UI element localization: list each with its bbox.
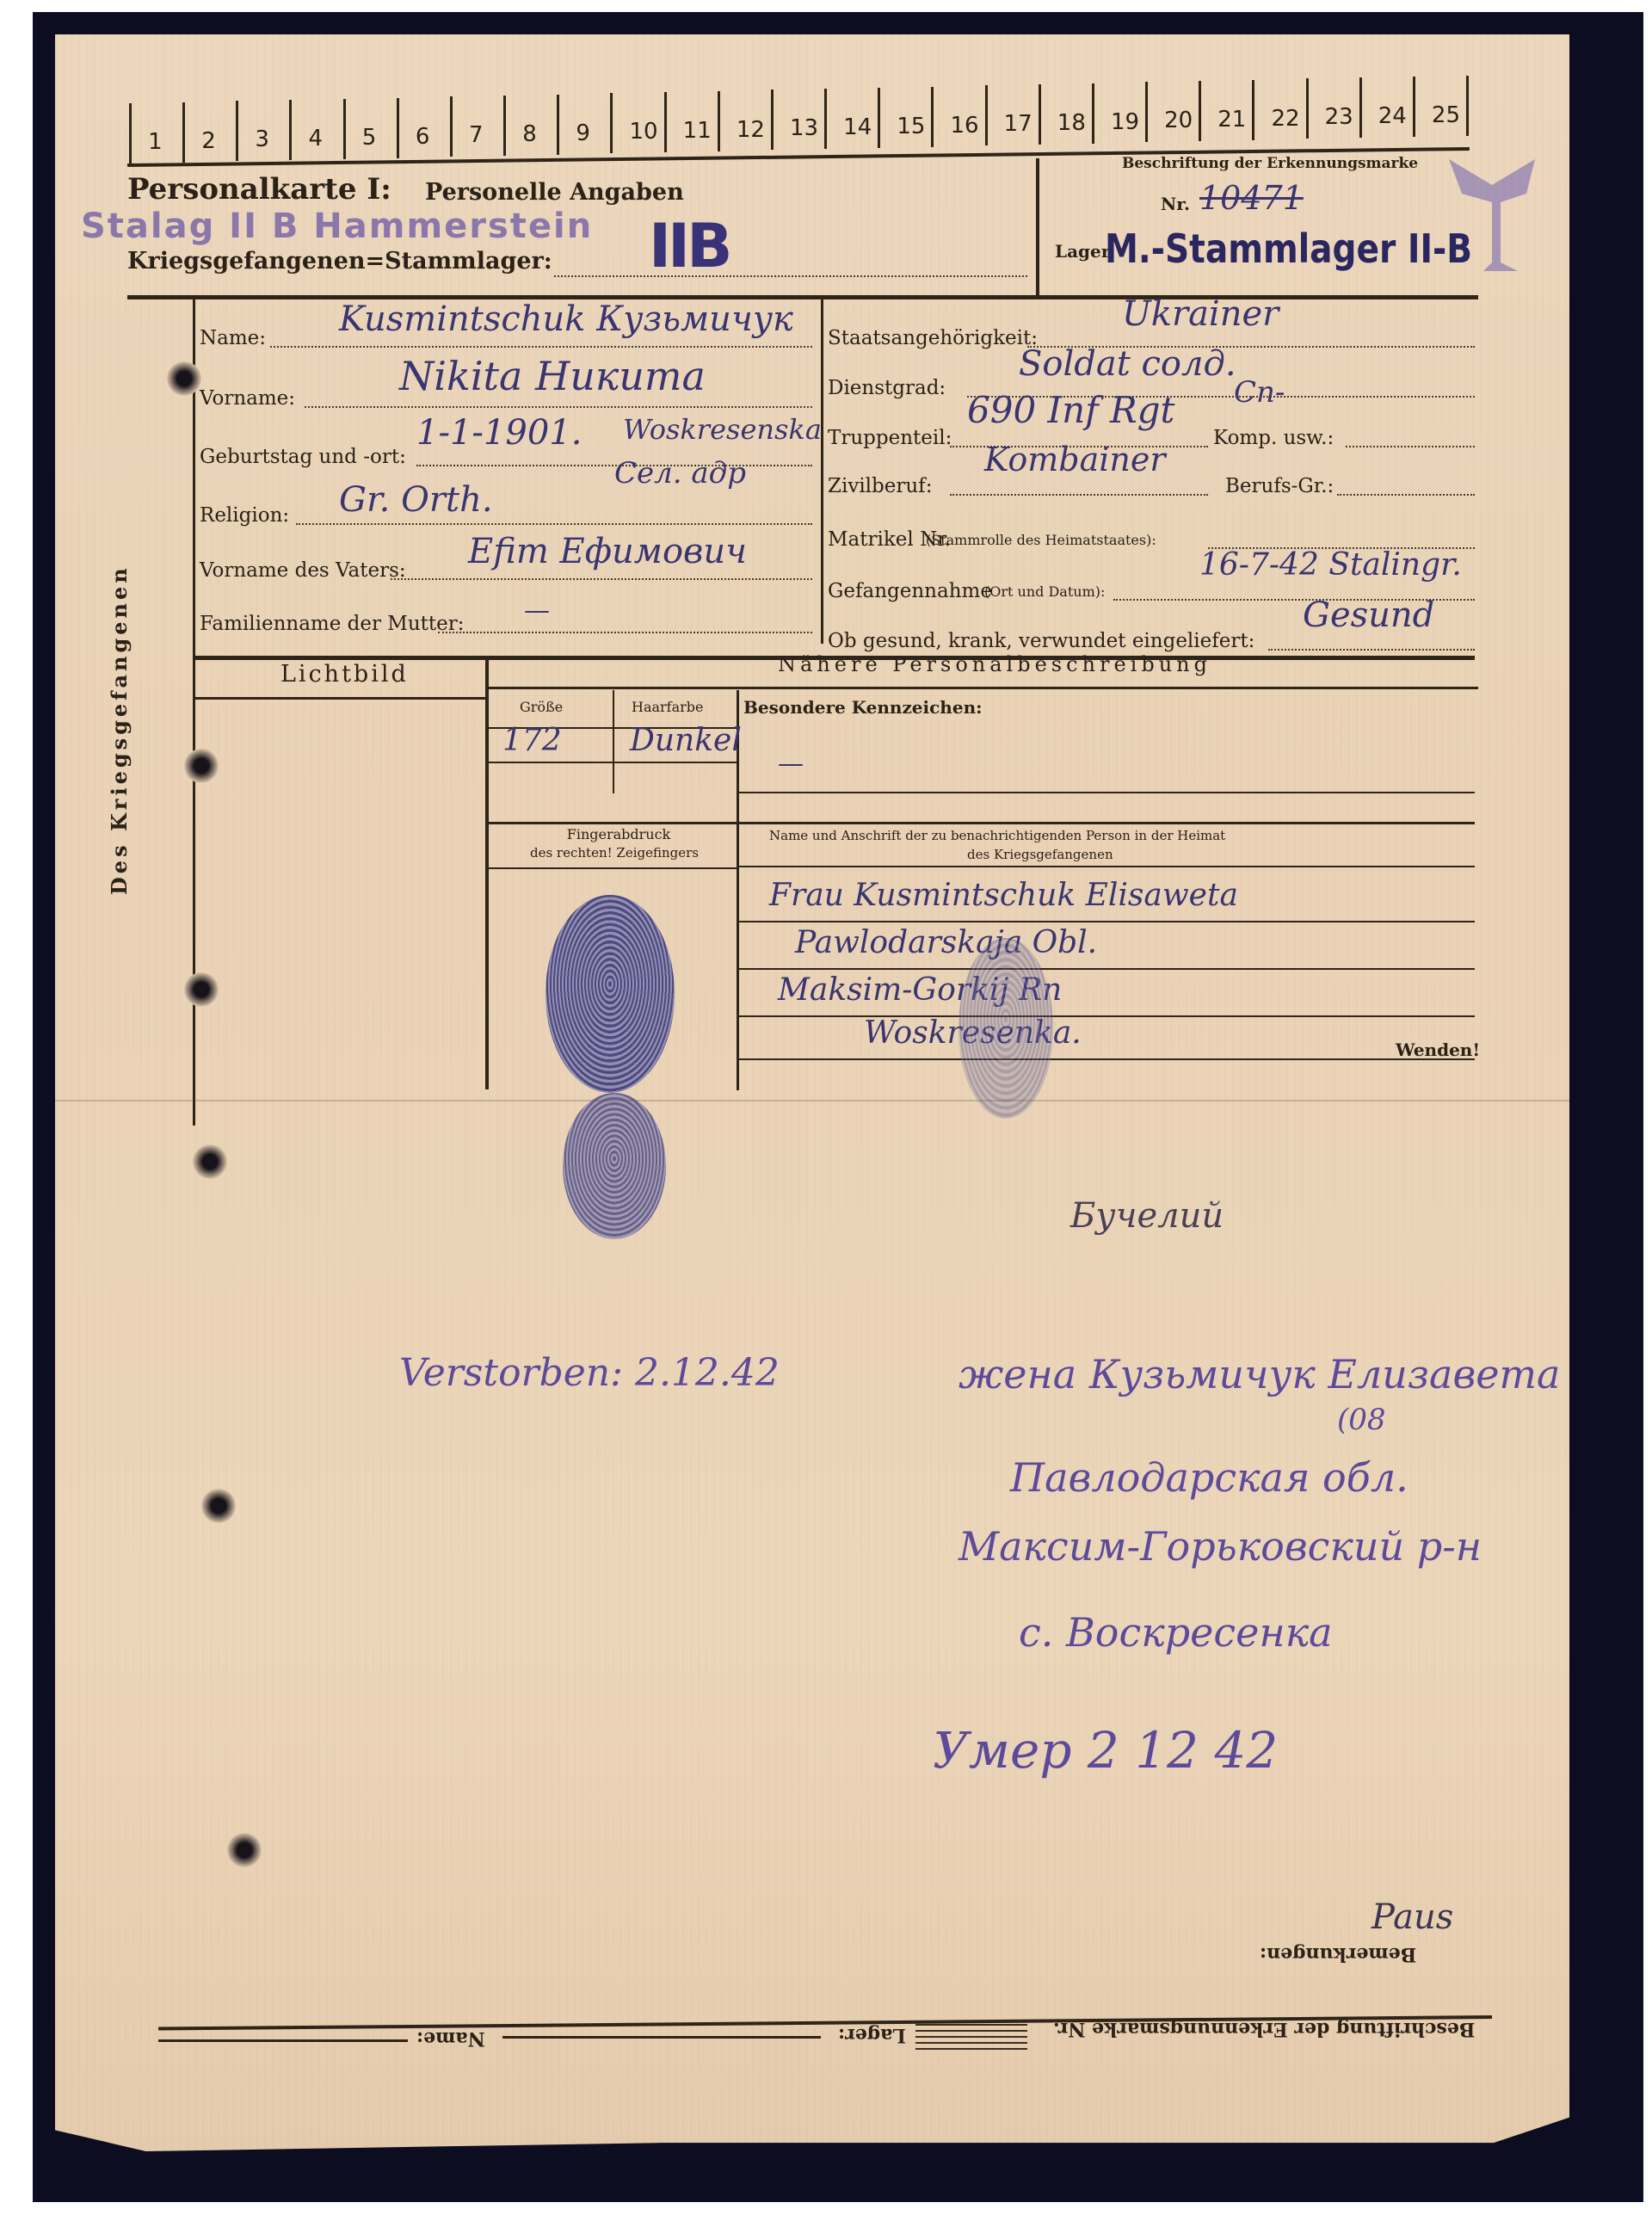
- ruler-number: 6: [416, 124, 430, 150]
- lichtbild-label: Lichtbild: [280, 661, 409, 688]
- ruler-cell: 9: [557, 95, 559, 155]
- mutter-label: Familienname der Mutter:: [200, 613, 465, 635]
- ruler-number: 16: [950, 113, 978, 139]
- lichtbild-rule: [195, 697, 485, 700]
- ruler-number: 18: [1057, 110, 1086, 136]
- ruler-cell: 16: [931, 87, 934, 147]
- vater-value: Efim Ефимович: [468, 532, 747, 571]
- religion-label: Religion:: [200, 504, 289, 527]
- ruler-number: 10: [630, 119, 658, 145]
- name-value: Kusmintschuk Кузьмичук: [339, 299, 793, 339]
- ruler-number: 24: [1378, 103, 1407, 129]
- camp-value: IIB: [649, 211, 729, 281]
- footer-name-label: Name:: [416, 2027, 485, 2050]
- card-title: Personalkarte I:: [127, 172, 391, 207]
- gefangen-value: 16-7-42 Stalingr.: [1199, 547, 1462, 583]
- eagle-stamp-icon: [1432, 142, 1552, 297]
- ruler-cell: 7: [450, 96, 453, 157]
- ruler-cell: 5: [343, 99, 346, 159]
- ruler-number: 19: [1111, 109, 1139, 135]
- contact-line: Frau Kusmintschuk Elisaweta: [769, 878, 1238, 913]
- religion-value: Gr. Orth.: [339, 480, 493, 520]
- finger-label-1: Fingerabdruck: [515, 826, 722, 842]
- ruler-cell: 8: [503, 96, 506, 156]
- dienst-value: Soldat солд.: [1019, 344, 1236, 384]
- ruler-number: 9: [576, 120, 590, 146]
- fingerprint-ghost-icon: [959, 938, 1053, 1119]
- stalag-stamp: Stalag II B Hammerstein: [81, 207, 593, 246]
- died-note: Умер 2 12 42: [933, 1721, 1278, 1780]
- gesund-label: Ob gesund, krank, verwundet eingeliefert…: [828, 630, 1254, 652]
- ruler-number: 7: [469, 122, 484, 148]
- header-divider: [1036, 158, 1039, 296]
- ruler-cell: 18: [1039, 84, 1041, 145]
- mutter-value: —: [524, 595, 550, 626]
- ruler-cell: 17: [985, 85, 988, 145]
- groesse-value: 172: [502, 723, 562, 758]
- footer-lager-label: Lager:: [838, 2024, 906, 2046]
- ruler-number: 4: [309, 126, 324, 151]
- side-label: Des Kriegsgefangenen: [107, 565, 132, 895]
- ruler-cell: 13: [771, 89, 774, 150]
- ruler-number: 15: [897, 114, 925, 139]
- card-subtitle: Personelle Angaben: [425, 179, 684, 206]
- ruler-cell: 23: [1306, 78, 1309, 139]
- footer-tag-label: Beschriftung der Erkennungsmarke Nr.: [1053, 2018, 1475, 2040]
- punch-hole: [167, 361, 201, 396]
- footer-nr-lines: [915, 2024, 1027, 2050]
- fold-crease: [55, 1100, 1569, 1101]
- ruler-cell: 21: [1199, 81, 1201, 141]
- tag-nr-label: Nr.: [1161, 194, 1190, 214]
- ruler-cell: 1: [129, 103, 132, 163]
- ruler-cell: 4: [289, 100, 292, 160]
- contact-label-1: Name und Anschrift der zu benachrichtige…: [769, 828, 1225, 843]
- ruler-number: 11: [683, 118, 712, 144]
- camp-label: Kriegsgefangenen=Stammlager:: [127, 248, 552, 275]
- gefangen-label: Gefangennahme: [828, 580, 992, 602]
- staat-value: Ukrainer: [1122, 294, 1279, 334]
- ruler-cell: 24: [1359, 77, 1362, 138]
- signature-top: Бучелий: [1070, 1196, 1224, 1236]
- ruler-cell: 25: [1413, 77, 1415, 137]
- ru-address-line: жена Кузьмичук Елизавета: [959, 1351, 1560, 1397]
- ruler-number: 14: [843, 114, 872, 140]
- matrikel-note: (Stammrolle des Heimatstaates):: [926, 532, 1156, 548]
- zivil-label: Zivilberuf:: [828, 475, 932, 497]
- gefangen-note: (Ort und Datum):: [984, 583, 1105, 600]
- personnel-card: 1234567891011121314151617181920212223242…: [55, 34, 1569, 2151]
- ruler-cell: 22: [1252, 80, 1254, 140]
- center-divider: [821, 299, 823, 644]
- ruler-cell: 2: [182, 102, 185, 163]
- ruler-number: 8: [522, 121, 537, 147]
- verstorben-note: Verstorben: 2.12.42: [399, 1351, 780, 1395]
- zivil-value: Kombainer: [984, 441, 1166, 478]
- photo-divider: [485, 659, 489, 1089]
- vorname-value: Nikita Никита: [399, 353, 706, 399]
- geburt-place: Woskresenska: [623, 413, 822, 446]
- description-rule: [489, 687, 1478, 689]
- ruler-cell: 10: [610, 93, 613, 153]
- ru-bracket: (08: [1337, 1403, 1386, 1437]
- photo-area: [201, 702, 480, 1081]
- truppe-label: Truppenteil:: [828, 427, 952, 449]
- tag-label: Beschriftung der Erkennungsmarke: [1122, 155, 1418, 172]
- ruler-cell: 12: [718, 91, 720, 151]
- ruler-number: 21: [1217, 107, 1246, 133]
- geburt-label: Geburtstag und -ort:: [200, 446, 406, 468]
- fingerprint-icon: [546, 895, 675, 1093]
- ruler-cell: 15: [878, 88, 880, 148]
- ruler-number: 23: [1325, 104, 1353, 130]
- ruler-cell: 6: [397, 98, 399, 158]
- contact-label-2: des Kriegsgefangenen: [967, 847, 1113, 862]
- ruler-number: 22: [1271, 106, 1299, 132]
- ruler-number: 17: [1004, 111, 1032, 137]
- ruler-number: 1: [148, 129, 163, 155]
- description-title: Nähere Personalbeschreibung: [778, 652, 1211, 676]
- vater-label: Vorname des Vaters:: [200, 559, 406, 582]
- ruler-cell: 20: [1145, 82, 1148, 142]
- fingerprint-offset-icon: [563, 1093, 666, 1239]
- haar-value: Dunkel: [630, 723, 742, 758]
- groesse-label: Größe: [520, 699, 563, 715]
- ru-address-line: с. Воскресенка: [1019, 1609, 1333, 1656]
- ruler-number: 2: [201, 128, 216, 154]
- berufs-label: Berufs-Gr.:: [1225, 475, 1334, 497]
- vorname-label: Vorname:: [200, 387, 295, 410]
- lager-label: Lager: [1055, 241, 1110, 262]
- haar-label: Haarfarbe: [632, 699, 704, 715]
- punch-hole: [184, 972, 219, 1007]
- punch-hole: [193, 1144, 227, 1179]
- punch-hole: [184, 749, 219, 783]
- name-label: Name:: [200, 327, 266, 349]
- ru-address-line: Павлодарская обл.: [1010, 1454, 1409, 1501]
- finger-label-2: des rechten! Zeigefingers: [498, 845, 730, 861]
- ruler-number: 20: [1164, 108, 1193, 133]
- ruler-number: 25: [1432, 102, 1460, 128]
- ruler-number: 13: [790, 115, 818, 141]
- ruler-cell: 11: [664, 92, 667, 152]
- contact-line: Pawlodarskaja Obl.: [795, 925, 1097, 960]
- ruler-cell: 19: [1092, 83, 1094, 144]
- tag-nr-value: 10471: [1199, 179, 1304, 217]
- staat-label: Staatsangehörigkeit:: [828, 327, 1038, 349]
- ruler-cell: 14: [824, 89, 827, 149]
- bemerkungen-label: Bemerkungen:: [1260, 1943, 1416, 1965]
- punch-hole: [201, 1489, 236, 1523]
- punch-hole: [227, 1833, 262, 1867]
- ruler-number: 3: [255, 126, 269, 152]
- komp-label: Komp. usw.:: [1213, 427, 1334, 449]
- gesund-value: Gesund: [1303, 595, 1434, 635]
- truppe-note: Сп-: [1234, 375, 1285, 410]
- geburt-place-2: Сел. адр: [614, 456, 746, 490]
- wenden-label: Wenden!: [1396, 1040, 1480, 1060]
- kennzeichen-label: Besondere Kennzeichen:: [743, 697, 983, 718]
- lager-stamp-value: M.-Stammlager II-B: [1105, 225, 1472, 272]
- truppe-value: 690 Inf Rgt: [967, 389, 1174, 431]
- geburt-date: 1-1-1901.: [416, 413, 582, 453]
- ruler-cell: 3: [236, 101, 238, 161]
- initials: Paus: [1372, 1897, 1453, 1937]
- ruler-number: 5: [362, 125, 377, 151]
- kennzeichen-value: —: [778, 749, 804, 779]
- ruler-number: 12: [737, 117, 765, 143]
- ru-address-line: Максим-Горьковский р-н: [959, 1523, 1482, 1570]
- dienst-label: Dienstgrad:: [828, 377, 946, 399]
